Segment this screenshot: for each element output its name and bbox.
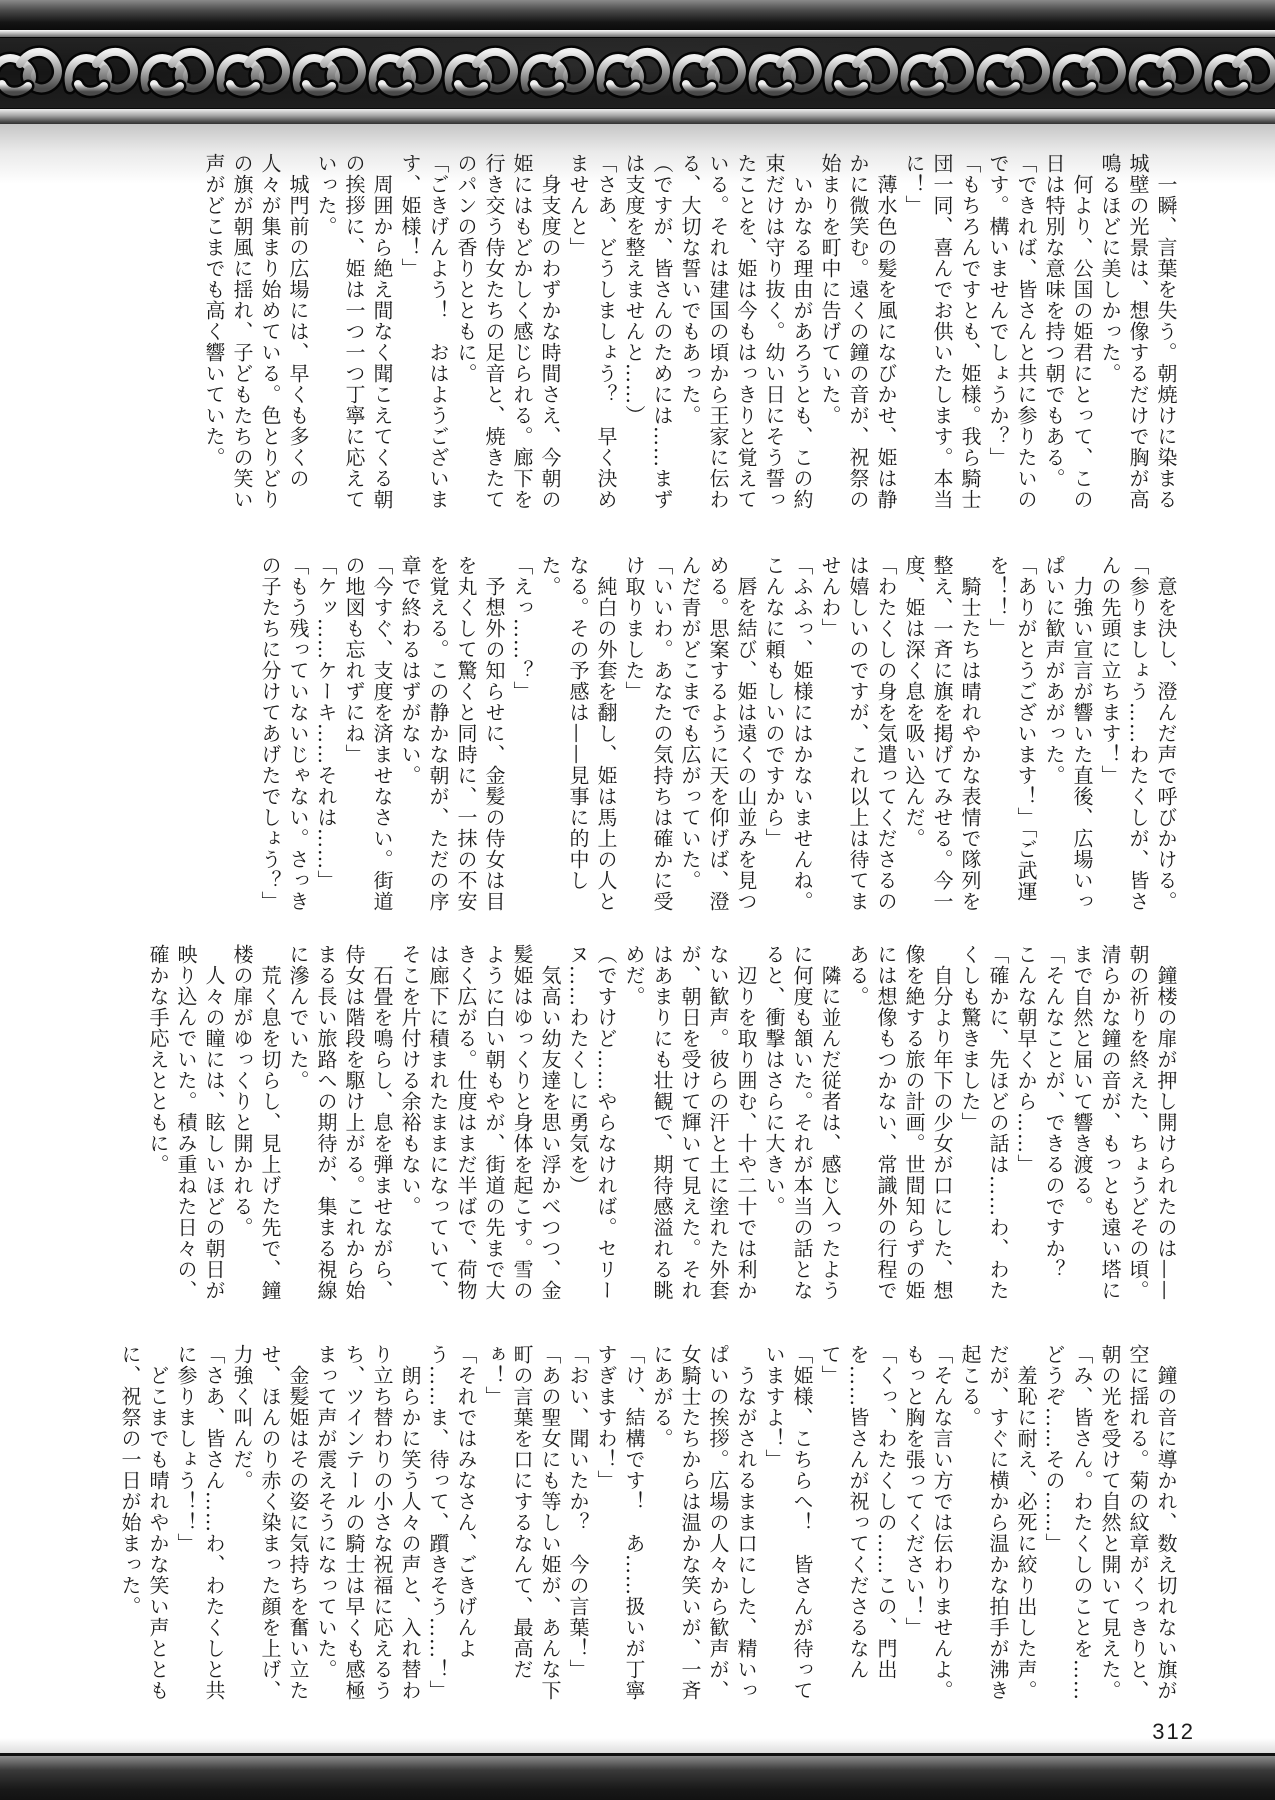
border-top-bar xyxy=(0,0,1275,30)
bottom-border-bar xyxy=(0,1753,1275,1800)
border-bottom-strip xyxy=(0,108,1275,125)
page-bottom-shading xyxy=(0,1738,1275,1753)
body-text-band-1: 一瞬、言葉を失う。朝焼けに染まる城壁の光景は、想像するだけで胸が高鳴るほどに美し… xyxy=(95,153,1180,515)
celtic-knot-pattern-icon xyxy=(0,38,1275,108)
body-text-band-3: 鐘楼の扉が押し開けられたのは——朝の祈りを終えた、ちょうどその頃。清らかな鐘の音… xyxy=(95,944,1180,1306)
celtic-knot-band xyxy=(0,38,1275,108)
body-text-band-2: 意を決し、澄んだ声で呼びかける。 「参りましょう……わたくしが、皆さんの先頭に立… xyxy=(95,555,1180,917)
ornamental-border xyxy=(0,0,1275,125)
page-number: 312 xyxy=(1152,1719,1195,1745)
border-ridge xyxy=(0,30,1275,38)
body-text-band-4: 鐘の音に導かれ、数え切れない旗が空に揺れる。菊の紋章がくっきりと、朝の光を受けて… xyxy=(95,1344,1180,1706)
novel-page: 一瞬、言葉を失う。朝焼けに染まる城壁の光景は、想像するだけで胸が高鳴るほどに美し… xyxy=(0,0,1275,1800)
